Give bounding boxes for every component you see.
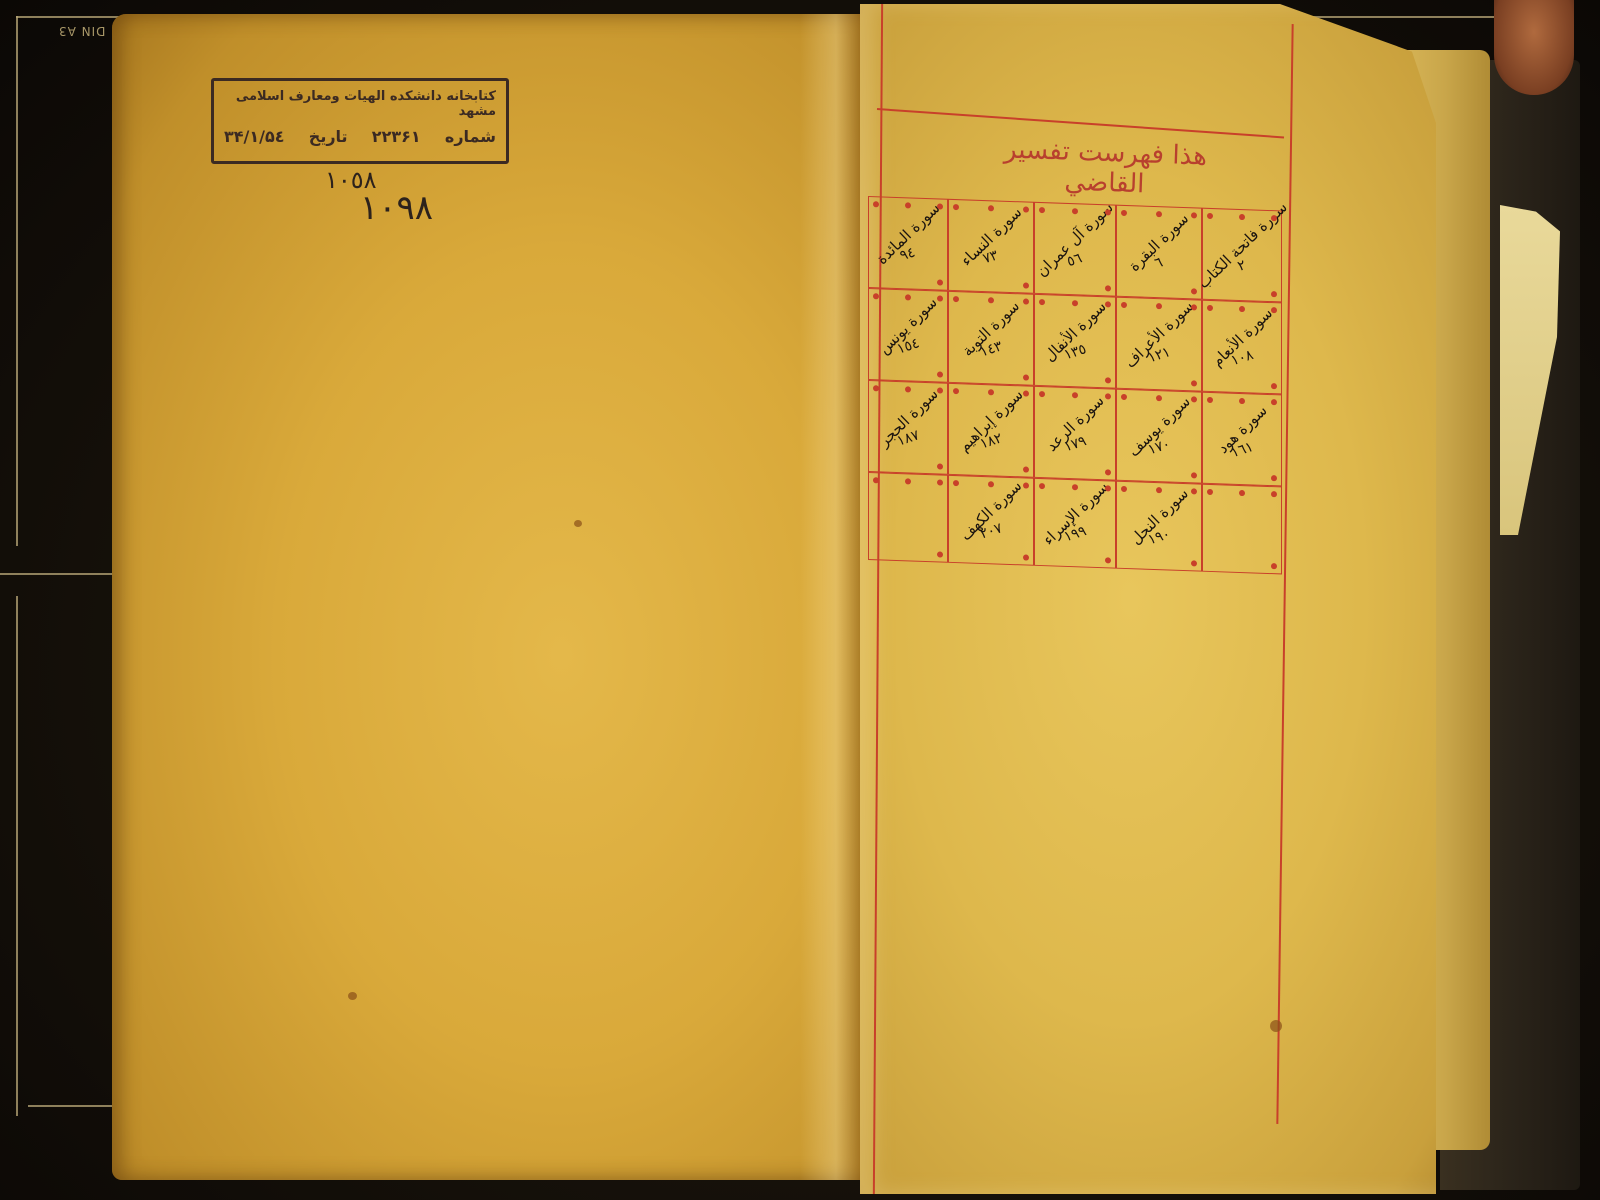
red-corner-dot	[1239, 306, 1245, 312]
red-corner-dot	[1105, 209, 1111, 215]
red-corner-dot	[1023, 482, 1029, 488]
index-cell: سورة الرعد١٧٩	[1034, 386, 1116, 481]
index-cell: سورة النساء٧٣	[948, 199, 1034, 294]
margin-rule-left	[873, 4, 883, 1194]
red-corner-dot	[937, 295, 943, 301]
index-cell: سورة هود١٦١	[1202, 392, 1282, 487]
red-corner-dot	[1191, 488, 1197, 494]
red-corner-dot	[937, 479, 943, 485]
left-page	[112, 14, 860, 1180]
page-number: ٧٣	[981, 247, 1001, 267]
red-corner-dot	[1156, 487, 1162, 493]
index-cell: سورة البقرة٦	[1116, 205, 1202, 300]
index-cell: سورة إبراهيم١٨٢	[948, 383, 1034, 478]
red-corner-dot	[937, 387, 943, 393]
red-corner-dot	[1072, 300, 1078, 306]
red-corner-dot	[905, 478, 911, 484]
page-number: ٢	[1236, 257, 1249, 275]
handwritten-note: ١٠٩٨	[360, 188, 433, 228]
red-corner-dot	[1121, 302, 1127, 308]
page-number: ٩٤	[898, 244, 918, 264]
red-corner-dot	[953, 388, 959, 394]
red-corner-dot	[1072, 392, 1078, 398]
index-cell: سورة النحل١٩٠	[1116, 481, 1202, 572]
red-corner-dot	[905, 294, 911, 300]
red-corner-dot	[1105, 393, 1111, 399]
red-corner-dot	[1191, 472, 1197, 478]
red-corner-dot	[1156, 211, 1162, 217]
red-corner-dot	[1191, 396, 1197, 402]
red-corner-dot	[1121, 210, 1127, 216]
red-corner-dot	[937, 463, 943, 469]
red-corner-dot	[1271, 383, 1277, 389]
red-corner-dot	[873, 385, 879, 391]
red-corner-dot	[1105, 301, 1111, 307]
red-corner-dot	[1271, 291, 1277, 297]
surah-index-grid: سورة فاتحة الكتاب٢ سورة البقرة٦ سورة آل …	[868, 196, 1282, 580]
index-cell: سورة يوسف١٧٠	[1116, 389, 1202, 484]
red-corner-dot	[873, 201, 879, 207]
index-cell: سورة الأنعام١٠٨	[1202, 300, 1282, 395]
index-cell: سورة الحجر١٨٧	[868, 380, 948, 475]
red-corner-dot	[1023, 374, 1029, 380]
red-corner-dot	[1072, 208, 1078, 214]
index-title: هذا فهرست تفسير القاضي	[984, 134, 1226, 202]
index-cell-empty	[868, 472, 948, 563]
mat-grid-line	[0, 573, 112, 575]
red-corner-dot	[1121, 486, 1127, 492]
red-corner-dot	[1023, 390, 1029, 396]
index-cell: سورة الإسراء١٩٩	[1034, 478, 1116, 569]
red-corner-dot	[1271, 491, 1277, 497]
red-corner-dot	[1239, 398, 1245, 404]
red-corner-dot	[1191, 380, 1197, 386]
red-corner-dot	[937, 551, 943, 557]
red-corner-dot	[988, 205, 994, 211]
red-corner-dot	[1239, 214, 1245, 220]
red-corner-dot	[905, 386, 911, 392]
red-corner-dot	[1105, 469, 1111, 475]
red-corner-dot	[1156, 395, 1162, 401]
stamp-fields: شماره ۲۲۳۶۱ تاریخ ۳۴/۱/۵٤	[224, 127, 496, 146]
red-corner-dot	[1239, 490, 1245, 496]
red-corner-dot	[873, 477, 879, 483]
red-corner-dot	[937, 279, 943, 285]
red-corner-dot	[1105, 557, 1111, 563]
red-corner-dot	[988, 389, 994, 395]
red-corner-dot	[1023, 554, 1029, 560]
red-corner-dot	[873, 293, 879, 299]
red-corner-dot	[1039, 299, 1045, 305]
red-corner-dot	[1023, 282, 1029, 288]
red-corner-dot	[937, 203, 943, 209]
index-cell-empty	[1202, 484, 1282, 575]
red-corner-dot	[1207, 489, 1213, 495]
red-corner-dot	[953, 296, 959, 302]
stain	[1270, 1020, 1282, 1032]
red-corner-dot	[988, 297, 994, 303]
red-corner-dot	[1191, 212, 1197, 218]
index-cell: سورة فاتحة الكتاب٢	[1202, 208, 1282, 303]
library-stamp: کتابخانه دانشکده الهیات ومعارف اسلامی مش…	[211, 78, 509, 164]
red-corner-dot	[1156, 303, 1162, 309]
red-corner-dot	[937, 371, 943, 377]
red-corner-dot	[1023, 298, 1029, 304]
red-corner-dot	[988, 481, 994, 487]
header-rule	[877, 108, 1284, 138]
stamp-date-label: تاریخ	[309, 127, 348, 146]
photographer-thumb	[1494, 0, 1574, 95]
red-corner-dot	[1105, 377, 1111, 383]
red-corner-dot	[1039, 391, 1045, 397]
index-cell: سورة الكهف٢٠٧	[948, 475, 1034, 566]
red-corner-dot	[953, 480, 959, 486]
index-cell: سورة الأعراف١٢١	[1116, 297, 1202, 392]
red-corner-dot	[1271, 399, 1277, 405]
red-corner-dot	[1023, 466, 1029, 472]
stamp-number-value: ۲۲۳۶۱	[372, 127, 421, 146]
red-corner-dot	[1271, 475, 1277, 481]
stamp-date-value: ۳۴/۱/۵٤	[224, 127, 285, 146]
red-corner-dot	[1105, 485, 1111, 491]
index-cell: سورة آل عمران٥٦	[1034, 202, 1116, 297]
stamp-library-name: کتابخانه دانشکده الهیات ومعارف اسلامی مش…	[224, 89, 496, 119]
red-corner-dot	[905, 202, 911, 208]
red-corner-dot	[1105, 285, 1111, 291]
red-corner-dot	[1271, 563, 1277, 569]
red-corner-dot	[1191, 304, 1197, 310]
red-corner-dot	[1039, 207, 1045, 213]
red-corner-dot	[1191, 560, 1197, 566]
red-corner-dot	[1072, 484, 1078, 490]
red-corner-dot	[1121, 394, 1127, 400]
index-cell: سورة التوبة١٤٣	[948, 291, 1034, 386]
mat-grid-line	[16, 16, 18, 546]
mat-label: DIN A3	[58, 24, 105, 38]
stain	[348, 992, 357, 1000]
red-corner-dot	[1207, 213, 1213, 219]
index-cell: سورة الأنفال١٣٥	[1034, 294, 1116, 389]
mat-grid-line	[16, 596, 18, 1116]
red-corner-dot	[1271, 307, 1277, 313]
red-corner-dot	[953, 204, 959, 210]
page-number: ٥٦	[1065, 250, 1085, 270]
stamp-number-label: شماره	[445, 127, 496, 146]
index-cell: سورة يونس١٥٤	[868, 288, 948, 383]
red-corner-dot	[1023, 206, 1029, 212]
red-corner-dot	[1207, 397, 1213, 403]
page-number: ٦	[1153, 254, 1166, 272]
red-corner-dot	[1271, 215, 1277, 221]
stain	[574, 520, 582, 527]
red-corner-dot	[1039, 483, 1045, 489]
red-corner-dot	[1191, 288, 1197, 294]
red-corner-dot	[1207, 305, 1213, 311]
index-cell: سورة المائدة٩٤	[868, 196, 948, 291]
